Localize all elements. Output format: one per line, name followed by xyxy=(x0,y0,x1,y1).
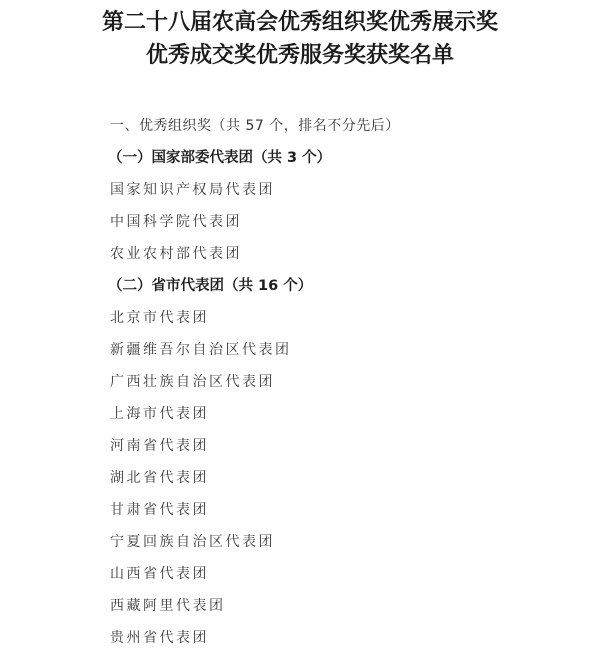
list-item: 农业农村部代表团 xyxy=(110,238,570,270)
list-item: 贵州省代表团 xyxy=(110,622,570,654)
document-title: 第二十八届农高会优秀组织奖优秀展示奖 优秀成交奖优秀服务奖获奖名单 xyxy=(0,6,600,72)
group-heading-ministries: （一）国家部委代表团（共 3 个） xyxy=(108,142,570,174)
list-item: 广西壮族自治区代表团 xyxy=(110,366,570,398)
list-item: 西藏阿里代表团 xyxy=(110,590,570,622)
list-item: 河南省代表团 xyxy=(110,430,570,462)
section-heading-organization-award: 一、优秀组织奖（共 57 个，排名不分先后） xyxy=(110,110,570,142)
list-item: 甘肃省代表团 xyxy=(110,494,570,526)
group-heading-provinces: （二）省市代表团（共 16 个） xyxy=(108,270,570,302)
list-item: 上海市代表团 xyxy=(110,398,570,430)
award-list: 一、优秀组织奖（共 57 个，排名不分先后） （一）国家部委代表团（共 3 个）… xyxy=(110,110,570,654)
list-item: 山西省代表团 xyxy=(110,558,570,590)
list-item: 湖北省代表团 xyxy=(110,462,570,494)
list-item: 国家知识产权局代表团 xyxy=(110,174,570,206)
title-line-2: 优秀成交奖优秀服务奖获奖名单 xyxy=(0,39,600,72)
list-item: 中国科学院代表团 xyxy=(110,206,570,238)
list-item: 北京市代表团 xyxy=(110,302,570,334)
list-item: 新疆维吾尔自治区代表团 xyxy=(110,334,570,366)
list-item: 宁夏回族自治区代表团 xyxy=(110,526,570,558)
title-line-1: 第二十八届农高会优秀组织奖优秀展示奖 xyxy=(0,6,600,39)
